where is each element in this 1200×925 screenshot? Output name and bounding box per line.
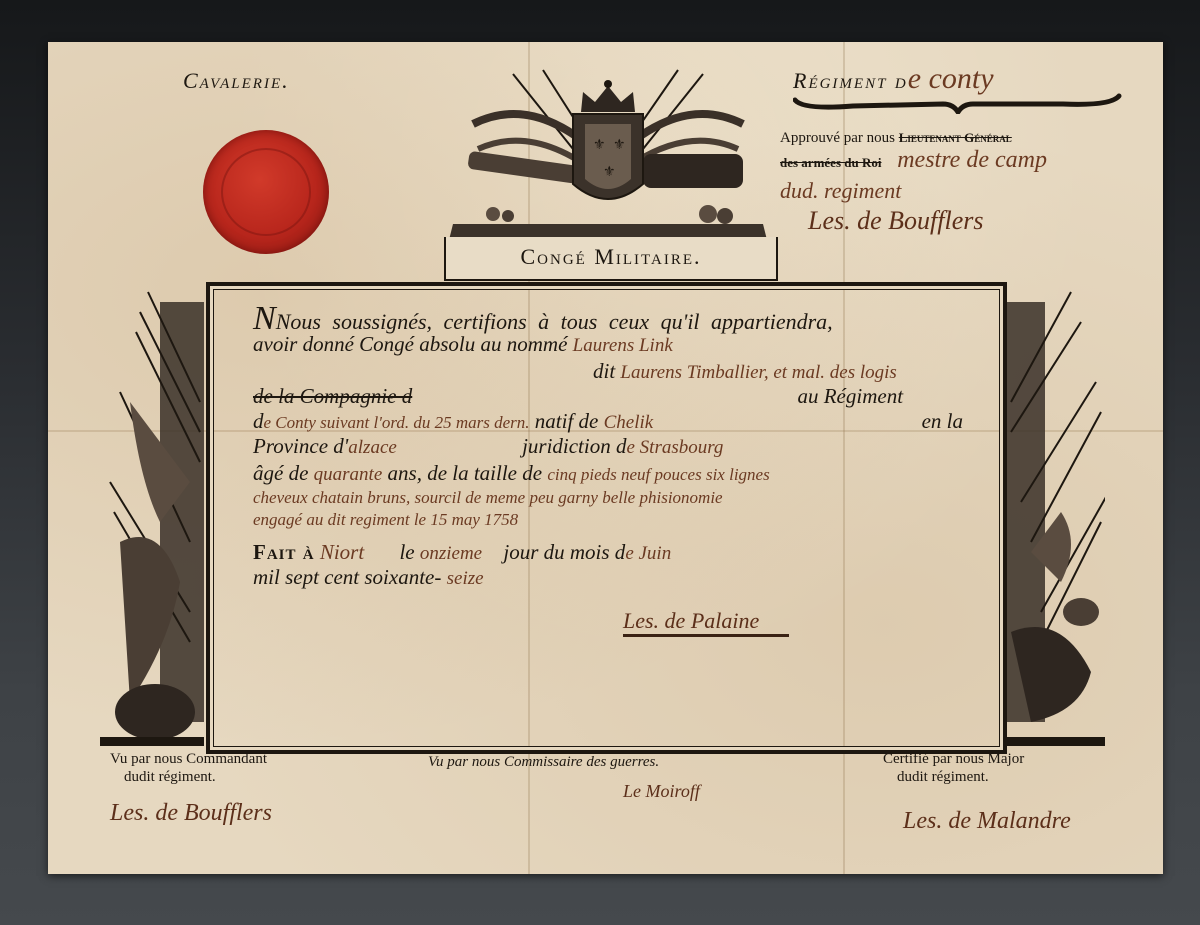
officer-signature: Les. de Palaine: [623, 608, 789, 637]
certificate-body: NNous soussignés, certifions à tous ceux…: [253, 300, 993, 637]
footer-left-line2: dudit régiment.: [124, 768, 350, 786]
printed-text: au Régiment: [797, 384, 903, 408]
soldier-alias: Laurens Timballier, et mal. des logis: [620, 362, 896, 383]
soldier-name: Laurens Link: [573, 335, 673, 356]
regiment-name-handwritten: e conty: [908, 62, 994, 95]
struck-company: de la Compagnie d: [253, 384, 412, 408]
left-trophy-ornament-icon: [100, 282, 204, 746]
printed-text: ans, de la taille de: [388, 461, 543, 485]
day-signed: onzieme: [420, 543, 482, 564]
printed-text: natif de: [535, 409, 599, 433]
brace-ornament-icon: [793, 92, 1123, 114]
document-title: Congé Militaire.: [446, 237, 776, 277]
body-line-1-text: Nous soussignés, certifions à tous ceux …: [276, 309, 833, 334]
approval-signature: Les. de Boufflers: [808, 206, 1150, 236]
jurisdiction: e Strasbourg: [626, 437, 723, 458]
printed-text: le: [399, 540, 414, 564]
body-fait-line: Fait à Niort le onzieme jour du mois de …: [253, 540, 993, 565]
svg-text:⚜: ⚜: [603, 165, 616, 180]
approval-title-handwritten: mestre de camp: [897, 147, 1047, 173]
physical-description: cheveux chatain bruns, sourcil de meme p…: [253, 488, 993, 508]
printed-text: juridiction d: [522, 434, 626, 458]
age: quarante: [314, 464, 383, 485]
printed-text: d: [253, 409, 264, 433]
svg-text:⚜: ⚜: [593, 138, 606, 153]
footer-right-line2: dudit régiment.: [897, 768, 1123, 786]
footer-right-line1: Certifié par nous Major: [883, 750, 1123, 768]
printed-text: dit: [593, 359, 615, 383]
body-line-3: dit Laurens Timballier, et mal. des logi…: [253, 359, 993, 384]
body-line-6: Province d'alzace juridiction de Strasbo…: [253, 434, 993, 459]
struck-title-2: des armées du Roi: [780, 155, 881, 170]
military-discharge-document: Cavalerie. Régiment de conty Approuvé pa…: [48, 42, 1163, 874]
regiment-order: e Conty suivant l'ord. du 25 mars dern.: [264, 413, 530, 432]
right-trophy-ornament-icon: [1001, 282, 1105, 746]
body-line-5: de Conty suivant l'ord. du 25 mars dern.…: [253, 409, 993, 434]
month-signed: e Juin: [625, 543, 671, 564]
place-signed: Niort: [320, 540, 364, 564]
body-line-2: avoir donné Congé absolu au nommé Lauren…: [253, 332, 993, 357]
province: alzace: [348, 437, 397, 458]
footer-left-line1: Vu par nous Commandant: [110, 750, 350, 768]
printed-text: Fait à: [253, 540, 315, 564]
enlistment-date: engagé au dit regiment le 15 may 1758: [253, 510, 993, 530]
regiment-label: Régiment d: [793, 68, 908, 93]
birthplace: Chelik: [604, 412, 654, 433]
commissaire-signature: Le Moiroff: [623, 781, 788, 802]
footer-major: Certifié par nous Major dudit régiment. …: [883, 750, 1123, 830]
header-cavalerie: Cavalerie.: [183, 68, 290, 94]
year-signed: seize: [447, 568, 484, 589]
approval-prefix: Approuvé par nous: [780, 130, 895, 146]
struck-title-1: Lieutenant Général: [899, 130, 1012, 145]
printed-text: âgé de: [253, 461, 308, 485]
wax-seal-icon: [203, 130, 329, 254]
footer-center-line1: Vu par nous Commissaire des guerres.: [428, 754, 788, 771]
printed-text: jour du mois d: [503, 540, 625, 564]
commandant-signature: Les. de Boufflers: [110, 804, 350, 822]
printed-text: mil sept cent soixante-: [253, 565, 441, 589]
approval-block: Approuvé par nous Lieutenant Général des…: [780, 130, 1150, 236]
svg-text:⚜: ⚜: [613, 138, 626, 153]
title-cartouche: Congé Militaire.: [444, 237, 778, 281]
body-line-7: âgé de quarante ans, de la taille de cin…: [253, 461, 993, 486]
printed-text: en la: [922, 409, 963, 434]
approval-line2-handwritten: dud. regiment: [780, 178, 1150, 204]
body-line-4: de la Compagnie d au Régiment: [253, 384, 993, 409]
footer-commissaire: Vu par nous Commissaire des guerres. Le …: [428, 754, 788, 802]
height: cinq pieds neuf pouces six lignes: [547, 465, 769, 484]
major-signature: Les. de Malandre: [903, 812, 1123, 830]
printed-text: Province d': [253, 434, 348, 458]
footer-commandant: Vu par nous Commandant dudit régiment. L…: [110, 750, 350, 822]
regiment-header: Régiment de conty: [793, 62, 1123, 114]
printed-text: avoir donné Congé absolu au nommé: [253, 332, 567, 356]
body-year-line: mil sept cent soixante- seize: [253, 565, 993, 590]
